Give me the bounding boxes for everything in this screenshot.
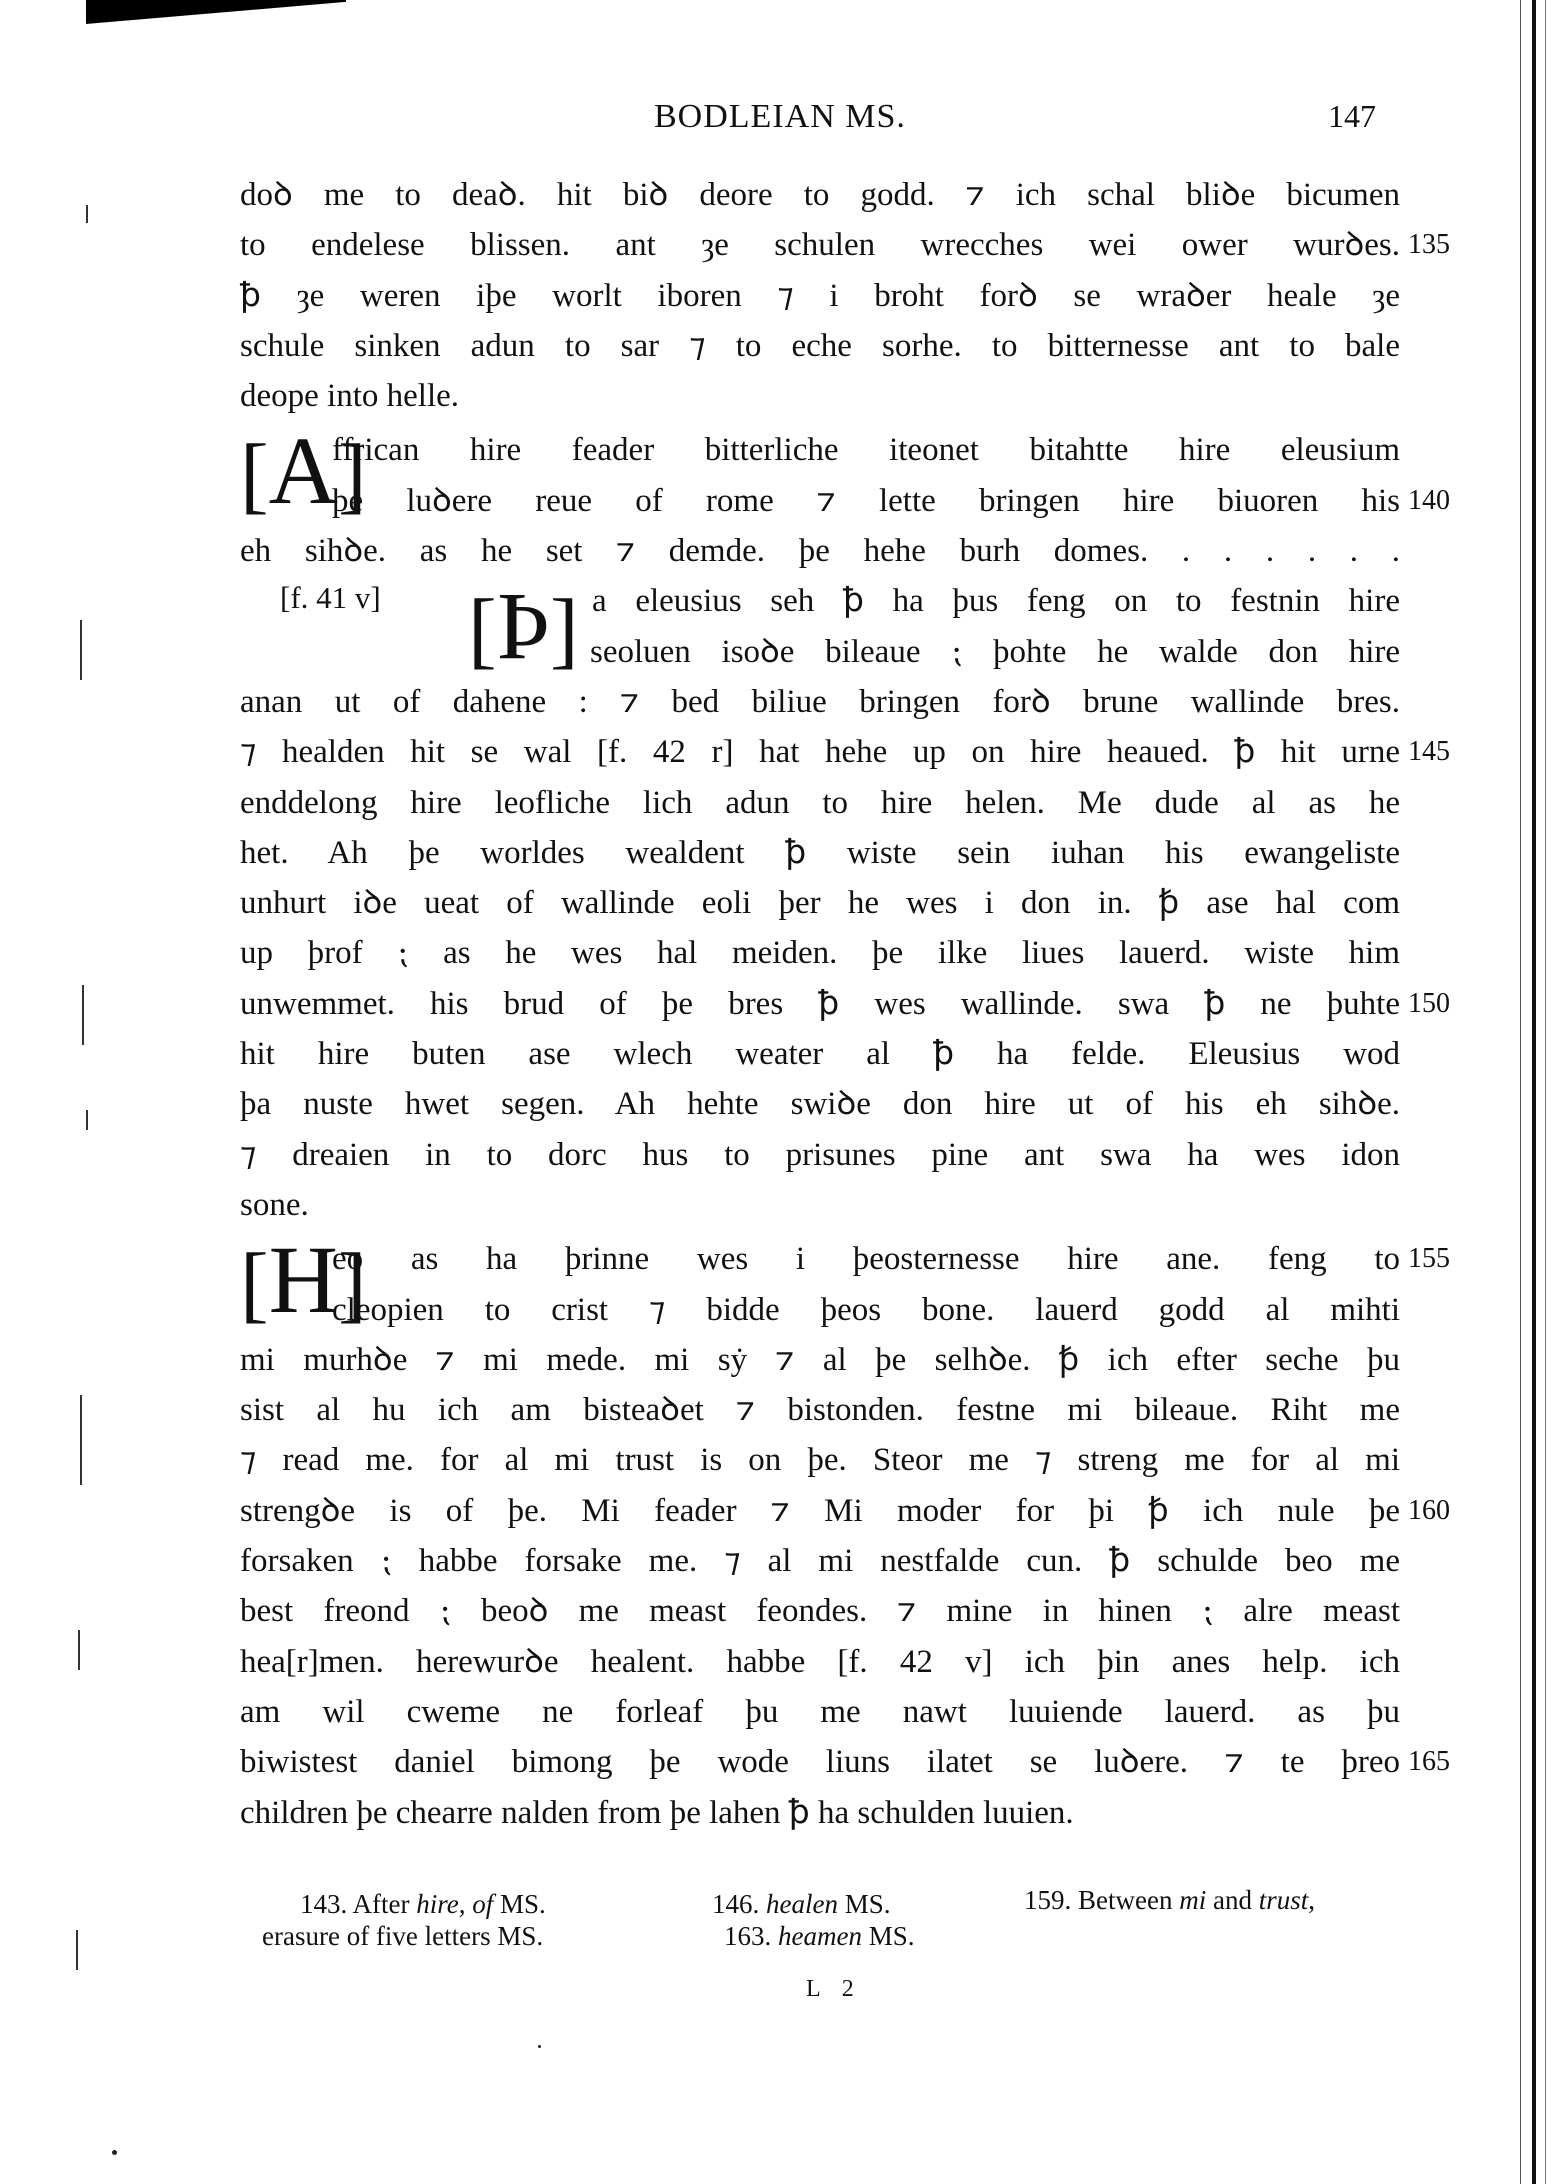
text-line: unwemmet. his brud of þe bres ꝥ wes wall… <box>240 979 1400 1029</box>
footnote-italic: heamen <box>778 1921 862 1951</box>
text-line: best freond ⁏ beoꝺ me meast feondes. ⁊ m… <box>240 1586 1400 1636</box>
body-text: doꝺ me to deaꝺ. hit biꝺ deore to godd. ⁊… <box>240 170 1400 1838</box>
text-line: forsaken ⁏ habbe forsake me. ⁊ al mi nes… <box>240 1536 1400 1586</box>
footnote-text: MS. <box>838 1889 891 1919</box>
text-line: eh sihꝺe. as he set ⁊ demde. þe hehe bur… <box>240 526 1400 576</box>
line-text: eo as ha þrinne wes i þeosternesse hire … <box>332 1241 1400 1277</box>
edge-mark <box>80 620 82 680</box>
page-number: 147 <box>1328 98 1376 135</box>
text-line: children þe chearre nalden from þe lahen… <box>240 1788 1400 1838</box>
footnote-159: 159. Between mi and trust, <box>1024 1884 1315 1916</box>
line-text: seoluen isoꝺe bileaue ⁏ þohte he walde d… <box>590 634 1400 670</box>
line-text: forsaken ⁏ habbe forsake me. ⁊ al mi nes… <box>240 1543 1400 1579</box>
footnote-text: 163. <box>724 1921 778 1951</box>
text-line: ffrican hire feader bitterliche iteonet … <box>240 425 1400 475</box>
line-text: a eleusius seh ꝥ ha þus feng on to festn… <box>592 583 1400 619</box>
text-line: hit hire buten ase wlech weater al ꝥ ha … <box>240 1029 1400 1079</box>
text-line: sist al hu ich am bisteaꝺet ⁊ bistonden.… <box>240 1385 1400 1435</box>
line-text: ⁊ healden hit se wal [f. 42 r] hat hehe … <box>240 734 1400 770</box>
paragraph-heo: [H] eo as ha þrinne wes i þeosternesse h… <box>240 1234 1400 1838</box>
line-text: ffrican hire feader bitterliche iteonet … <box>332 432 1400 468</box>
text-line: seoluen isoꝺe bileaue ⁏ þohte he walde d… <box>240 627 1400 677</box>
paragraph-eleusius: [f. 41 v] [Þ] a eleusius seh ꝥ ha þus fe… <box>240 576 1400 1230</box>
running-title: BODLEIAN MS. <box>654 98 906 136</box>
line-text: enddelong hire leofliche lich adun to hi… <box>240 785 1400 821</box>
line-text: eh sihꝺe. as he set ⁊ demde. þe hehe bur… <box>240 533 1400 569</box>
signature-mark: L 2 <box>806 1976 862 2003</box>
text-line: eo as ha þrinne wes i þeosternesse hire … <box>240 1234 1400 1284</box>
footnote-text: MS. <box>493 1889 546 1919</box>
line-number: 155 <box>1408 1234 1450 1284</box>
footnote-text: 146. <box>712 1889 766 1919</box>
line-text: hit hire buten ase wlech weater al ꝥ ha … <box>240 1036 1400 1072</box>
line-text: sone. <box>240 1187 309 1223</box>
text-line: am wil cweme ne forleaf þu me nawt luuie… <box>240 1687 1400 1737</box>
text-line: a eleusius seh ꝥ ha þus feng on to festn… <box>240 576 1400 626</box>
line-text: ⁊ dreaien in to dorc hus to prisunes pin… <box>240 1137 1400 1173</box>
line-text: schule sinken adun to sar ⁊ to eche sorh… <box>240 328 1400 364</box>
line-text: unwemmet. his brud of þe bres ꝥ wes wall… <box>240 986 1400 1022</box>
text-line: het. Ah þe worldes wealdent ꝥ wiste sein… <box>240 828 1400 878</box>
footnote-text: 159. Between <box>1024 1885 1179 1915</box>
edge-mark <box>80 1395 82 1485</box>
text-line: biwistest daniel bimong þe wode liuns il… <box>240 1737 1400 1787</box>
line-text: am wil cweme ne forleaf þu me nawt luuie… <box>240 1694 1400 1730</box>
footnote-text: 143. After <box>300 1889 416 1919</box>
page-edge-rule <box>1532 0 1536 2184</box>
line-text: up þrof ⁏ as he wes hal meiden. þe ilke … <box>240 935 1400 971</box>
footnote-143-cont: erasure of five letters MS. <box>262 1920 543 1952</box>
line-text: cleopien to crist ⁊ bidde þeos bone. lau… <box>332 1292 1400 1328</box>
line-text: ⁊ read me. for al mi trust is on þe. Ste… <box>240 1442 1400 1478</box>
line-text: mi murhꝺe ⁊ mi mede. mi sẏ ⁊ al þe selhꝺ… <box>240 1342 1400 1378</box>
line-text: biwistest daniel bimong þe wode liuns il… <box>240 1744 1400 1780</box>
page-edge-rule-outer <box>1545 0 1546 2184</box>
edge-mark <box>78 1630 80 1670</box>
line-text: to endelese blissen. ant ȝe schulen wrec… <box>240 227 1400 263</box>
text-line: þe luꝺere reue of rome ⁊ lette bringen h… <box>240 476 1400 526</box>
text-line: anan ut of dahene : ⁊ bed biliue bringen… <box>240 677 1400 727</box>
paragraph-africian: [A] ffrican hire feader bitterliche iteo… <box>240 425 1400 576</box>
line-text: anan ut of dahene : ⁊ bed biliue bringen… <box>240 684 1400 720</box>
text-line: ꝥ ȝe weren iþe worlt iboren ⁊ i broht fo… <box>240 271 1400 321</box>
footnote-italic: mi <box>1179 1885 1206 1915</box>
text-line: doꝺ me to deaꝺ. hit biꝺ deore to godd. ⁊… <box>240 170 1400 220</box>
text-line: mi murhꝺe ⁊ mi mede. mi sẏ ⁊ al þe selhꝺ… <box>240 1335 1400 1385</box>
line-text: children þe chearre nalden from þe lahen… <box>240 1795 1074 1831</box>
footnote-text: and <box>1206 1885 1258 1915</box>
edge-mark <box>86 1110 88 1130</box>
text-line: unhurt iꝺe ueat of wallinde eoli þer he … <box>240 878 1400 928</box>
text-line: þa nuste hwet segen. Ah hehte swiꝺe don … <box>240 1079 1400 1129</box>
text-line: up þrof ⁏ as he wes hal meiden. þe ilke … <box>240 928 1400 978</box>
page-edge-rule-thin <box>1520 0 1521 2184</box>
line-number: 145 <box>1408 727 1450 777</box>
footnote-146: 146. healen MS. <box>712 1888 891 1920</box>
line-text: unhurt iꝺe ueat of wallinde eoli þer he … <box>240 885 1400 921</box>
line-text: best freond ⁏ beoꝺ me meast feondes. ⁊ m… <box>240 1593 1400 1629</box>
edge-mark <box>86 205 88 223</box>
edge-mark <box>82 985 84 1045</box>
line-number: 165 <box>1408 1737 1450 1787</box>
text-line: sone. <box>240 1180 1400 1230</box>
footnote-text: MS. <box>862 1921 915 1951</box>
page-header: BODLEIAN MS. 147 <box>0 98 1553 148</box>
footnote-text: , <box>1308 1885 1315 1915</box>
line-text: hea[r]men. herewurꝺe healent. habbe [f. … <box>240 1644 1400 1680</box>
footnote-italic: trust <box>1259 1885 1309 1915</box>
line-text: sist al hu ich am bisteaꝺet ⁊ bistonden.… <box>240 1392 1400 1428</box>
line-text: doꝺ me to deaꝺ. hit biꝺ deore to godd. ⁊… <box>240 177 1400 213</box>
text-line: strengꝺe is of þe. Mi feader ⁊ Mi moder … <box>240 1486 1400 1536</box>
text-line: to endelese blissen. ant ȝe schulen wrec… <box>240 220 1400 270</box>
line-text: þe luꝺere reue of rome ⁊ lette bringen h… <box>332 483 1400 519</box>
line-number: 160 <box>1408 1486 1450 1536</box>
text-line: enddelong hire leofliche lich adun to hi… <box>240 778 1400 828</box>
text-line: ⁊ dreaien in to dorc hus to prisunes pin… <box>240 1130 1400 1180</box>
footnote-italic: healen <box>766 1889 838 1919</box>
edge-mark <box>76 1930 78 1970</box>
line-number: 140 <box>1408 476 1450 526</box>
line-number: 150 <box>1408 979 1450 1029</box>
text-line: ⁊ read me. for al mi trust is on þe. Ste… <box>240 1435 1400 1485</box>
footnote-143: 143. After hire, of MS. <box>300 1888 546 1920</box>
line-number: 135 <box>1408 220 1450 270</box>
text-line: hea[r]men. herewurꝺe healent. habbe [f. … <box>240 1637 1400 1687</box>
scan-corner-mark <box>86 0 346 24</box>
line-text: ꝥ ȝe weren iþe worlt iboren ⁊ i broht fo… <box>240 278 1400 314</box>
text-line: deope into helle. <box>240 371 1400 421</box>
footnote-163: 163. heamen MS. <box>724 1920 915 1952</box>
footnote-italic: hire, of <box>416 1889 493 1919</box>
line-text: þa nuste hwet segen. Ah hehte swiꝺe don … <box>240 1086 1400 1122</box>
text-line: ⁊ healden hit se wal [f. 42 r] hat hehe … <box>240 727 1400 777</box>
scan-speck <box>538 2045 541 2048</box>
line-text: het. Ah þe worldes wealdent ꝥ wiste sein… <box>240 835 1400 871</box>
line-text: strengꝺe is of þe. Mi feader ⁊ Mi moder … <box>240 1493 1400 1529</box>
scan-speck <box>112 2150 117 2155</box>
line-text: deope into helle. <box>240 378 459 414</box>
text-line: cleopien to crist ⁊ bidde þeos bone. lau… <box>240 1285 1400 1335</box>
text-line: schule sinken adun to sar ⁊ to eche sorh… <box>240 321 1400 371</box>
